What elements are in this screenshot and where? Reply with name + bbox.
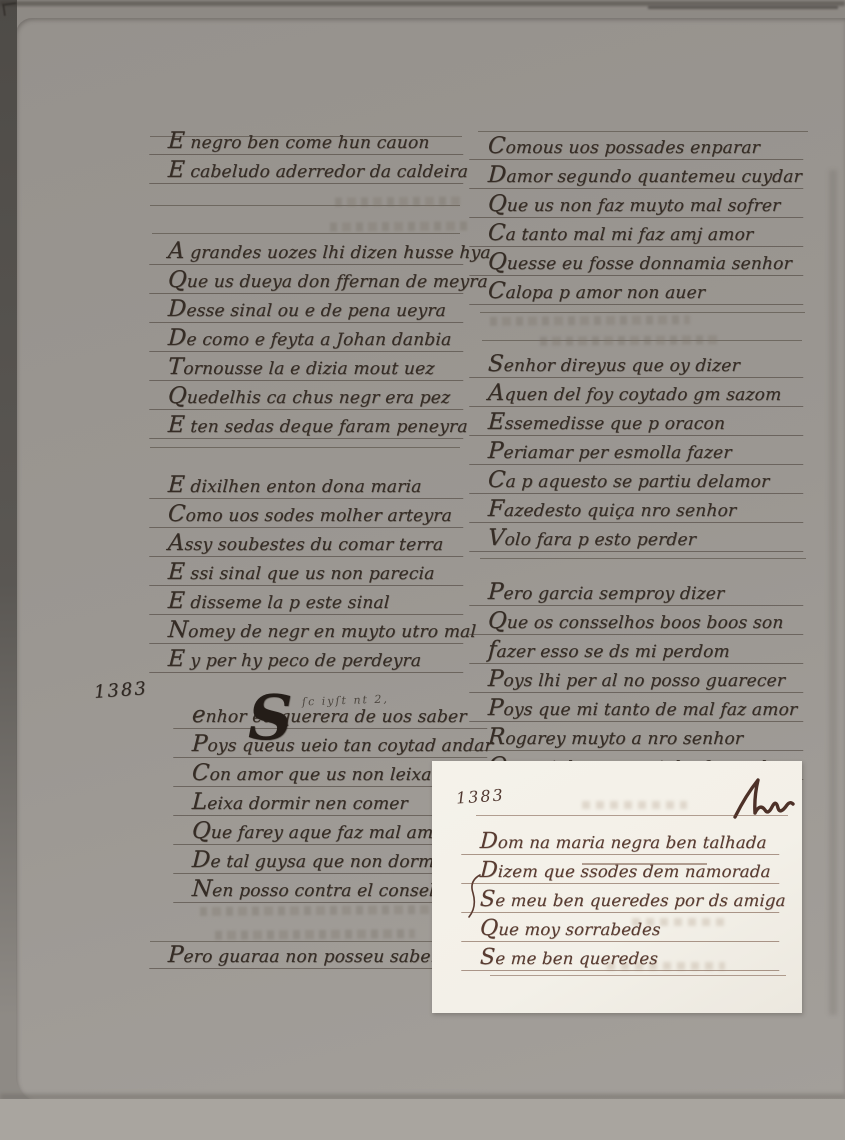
manuscript-text-line: Senhor direyus que oy dizer [469,349,805,378]
manuscript-text-line: Que moy sorrabedes [461,913,781,942]
stanza: Pero garcia semproy dizerQue os consselh… [488,577,804,780]
manuscript-text-line: Poys lhi per al no posso guarecer [469,664,805,693]
manuscript-text-line: Quedelhis ca chus negr era pez [149,381,465,410]
manuscript-text-line: Aquen del foy coytado gm sazom [469,378,805,407]
manuscript-text-line: E cabeludo aderredor da caldeira [149,155,465,184]
folio-margin-number: 1383 [93,678,148,703]
table-background-strip [0,1099,845,1140]
manuscript-text-line: Desse sinal ou e de pena ueyra [149,294,465,323]
manuscript-text-line: E disseme la p este sinal [149,586,465,615]
drop-cap-initial: S [248,690,293,746]
manuscript-text-line: Fazedesto quiça nro senhor [469,494,805,523]
manuscript-text-line: Poys que mi tanto de mal faz amor [469,693,805,722]
corner-pen-mark [2,2,18,16]
manuscript-text-line: Ca p aquesto se partiu delamor [469,465,805,494]
manuscript-text-line: Volo fara p esto perder [469,523,805,552]
ruled-line [480,312,805,313]
manuscript-text-line: E y per hy peco de perdeyra [149,644,465,673]
manuscript-text-line: Se me ben queredes [461,942,781,971]
manuscript-text-line: Tornousse la e dizia mout uez [149,352,465,381]
page-right-fold-shadow [829,170,837,1015]
manuscript-text-line: Dizem que ssodes dem namorada [461,855,781,884]
stanza: Senhor direyus que oy dizerAquen del foy… [488,349,804,552]
scanned-manuscript-photo: { "manuscript": { "left_margin_number": … [0,0,845,1140]
manuscript-text-line: Pero guaraa non posseu saber [149,940,465,969]
ruled-line [150,447,460,448]
ruled-line [476,815,788,816]
manuscript-text-line: E ssi sinal que us non parecia [149,557,465,586]
manuscript-text-line: enhor eu querera de uos saber [173,700,489,729]
manuscript-text-line: De como e feyta a Johan danbia [149,323,465,352]
ruled-line [152,233,460,234]
bleedthrough-smudge [330,221,470,231]
manuscript-text-line: Essemedisse que p oracon [469,407,805,436]
manuscript-text-line: Que os consselhos boos boos son [469,606,805,635]
manuscript-text-line: Nomey de negr en muyto utro mal [149,615,465,644]
ruled-line [480,558,806,559]
stanza: Comous uos possades enpararDamor segundo… [488,131,804,305]
facsimile-excerpt-overlay: 1383 Dom na maria negra ben talhadaDizem… [432,761,802,1013]
manuscript-text-line: Periamar per esmolla fazer [469,436,805,465]
bleedthrough-smudge [582,801,687,809]
manuscript-text-line: Que us dueya don ffernan de meyra [149,265,465,294]
manuscript-text-line: Calopa p amor non auer [469,276,805,305]
manuscript-text-line: Comous uos possades enparar [469,131,805,160]
stanza: E negro ben come hun cauonE cabeludo ade… [168,126,464,184]
manuscript-text-line: fazer esso se ds mi perdom [469,635,805,664]
manuscript-text-line: Se meu ben queredes por ds amiga [461,884,781,913]
manuscript-text-line: E ten sedas deque faram peneyra [149,410,465,439]
manuscript-text-line: Como uos sodes molher arteyra [149,499,465,528]
ruled-line [490,975,786,976]
manuscript-text-line: Damor segundo quantemeu cuydar [469,160,805,189]
manuscript-text-line: A grandes uozes lhi dizen husse hya [149,236,465,265]
manuscript-text-line: E negro ben come hun cauon [149,126,465,155]
manuscript-text-line: Rogarey muyto a nro senhor [469,722,805,751]
excerpt-folio-number: 1383 [455,785,505,807]
manuscript-text-line: Poys queus ueio tan coytad andar [173,729,489,758]
bleedthrough-smudge [335,196,465,206]
stanza: E dixilhen enton dona mariaComo uos sode… [168,470,464,673]
manuscript-text-line: Quesse eu fosse donnamia senhor [469,247,805,276]
stanza: Pero guaraa non posseu saber [168,940,464,969]
manuscript-text-line: Pero garcia semproy dizer [469,577,805,606]
manuscript-text-line: Dom na maria negra ben talhada [461,826,781,855]
manuscript-text-line: Ca tanto mal mi faz amj amor [469,218,805,247]
manuscript-text-line: Assy soubestes du comar terra [149,528,465,557]
bleedthrough-smudge [490,315,690,326]
stanza: A grandes uozes lhi dizen husse hyaQue u… [168,236,464,439]
manuscript-text-line: Que us non faz muyto mal sofrer [469,189,805,218]
bleedthrough-smudge [215,929,415,940]
bleedthrough-smudge [540,335,720,346]
excerpt-stanza: Dom na maria negra ben talhadaDizem que … [480,826,780,971]
page-top-edge-smudge [648,6,838,9]
manuscript-text-line: E dixilhen enton dona maria [149,470,465,499]
page-left-edge-shadow [0,0,17,1060]
